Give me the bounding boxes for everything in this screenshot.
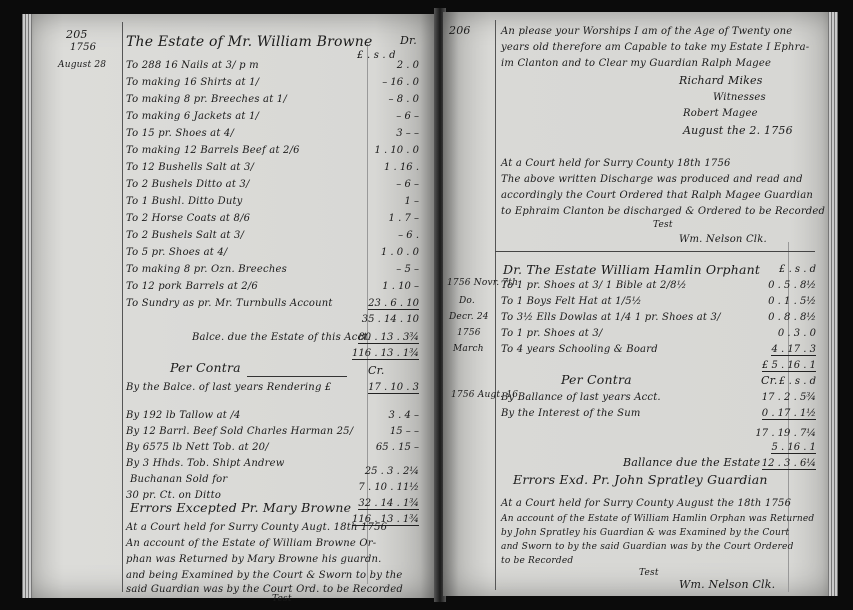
entry-text: To 12 Bushells Salt at 3/	[126, 162, 254, 173]
debit-marker: Dr.	[400, 34, 417, 47]
account-title: The Estate of Mr. William Browne	[126, 34, 373, 50]
entry-text: By Ballance of last years Acct.	[501, 392, 661, 403]
debit-total: 116 . 13 . 1¾	[352, 348, 419, 360]
account-title: Dr. The Estate William Hamlin Orphant	[503, 262, 760, 277]
margin-date-year: 1756	[70, 42, 96, 53]
entry-text: By 3 Hhds. Tob. Shipt Andrew	[126, 458, 284, 469]
page-edge-lines	[828, 12, 838, 596]
margin-rule	[122, 22, 123, 592]
entry-text: To 12 pork Barrels at 2/6	[126, 281, 258, 292]
entry-text: To 288 16 Nails at 3/ p m	[126, 60, 259, 71]
court-test: Test	[272, 594, 292, 604]
entry-text: To making 12 Barrels Beef at 2/6	[126, 145, 300, 156]
entry-text: To 2 Horse Coats at 8/6	[126, 213, 250, 224]
entry-text: To making 16 Shirts at 1/	[126, 77, 259, 88]
entry-text: To 1 pr. Shoes at 3/	[501, 328, 603, 339]
letter-line: years old therefore am Capable to take m…	[501, 42, 809, 53]
letter-line: im Clanton and to Clear my Guardian Ralp…	[501, 58, 771, 69]
court-record-line: phan was Returned by Mary Browne his gua…	[126, 554, 382, 565]
credit-subtotal: 32 . 14 . 1¾	[358, 498, 419, 510]
margin-date: Decr. 24	[449, 312, 489, 322]
court-record-line: and being Examined by the Court & Sworn …	[126, 570, 402, 581]
entry-amount: 1 . 10 –	[382, 281, 419, 292]
court-note-line: The above written Discharge was produced…	[501, 174, 803, 185]
right-page: 206 An please your Worships I am of the …	[443, 12, 838, 596]
entry-text: By the Interest of the Sum	[501, 408, 641, 419]
court-record-line: At a Court held for Surry County Augt. 1…	[126, 522, 387, 533]
credit-marker: Cr.	[761, 374, 778, 387]
court-record-line: An account of the Estate of William Brow…	[126, 538, 376, 549]
entry-text: To 1 pr. Shoes at 3/ 1 Bible at 2/8½	[501, 280, 687, 291]
debit-total: £ 5 . 16 . 1	[762, 360, 816, 372]
balance-amount: 12 . 3 . 6¼	[762, 458, 816, 470]
entry-amount: 1 . 10 . 0	[374, 145, 419, 156]
entry-text: To 2 Bushels Salt at 3/	[126, 230, 244, 241]
entry-text: To 4 years Schooling & Board	[501, 344, 658, 355]
balance-line-text: Balce. due the Estate of this Acct.	[192, 332, 371, 343]
entry-amount: 1 . 7 –	[389, 213, 419, 224]
entry-amount: 4 . 17 . 3	[771, 344, 816, 356]
credit-marker: Cr.	[368, 364, 385, 377]
currency-header: £ . s . d	[779, 264, 816, 275]
court-note-line: At a Court held for Surry County 18th 17…	[501, 158, 731, 169]
entry-amount: 1 . 0 . 0	[381, 247, 419, 258]
entry-text: To 1 Boys Felt Hat at 1/5½	[501, 296, 642, 307]
letter-line: An please your Worships I am of the Age …	[501, 26, 792, 37]
entry-text: To making 6 Jackets at 1/	[126, 111, 259, 122]
entry-amount: – 8 . 0	[389, 94, 419, 105]
entry-text: To 3½ Ells Dowlas at 1/4 1 pr. Shoes at …	[501, 312, 721, 323]
entry-text: By 6575 lb Nett Tob. at 20/	[126, 442, 269, 453]
entry-amount: 23 . 6 . 10	[368, 298, 419, 310]
margin-date-day: August 28	[58, 60, 106, 70]
debit-subtotal: 35 . 14 . 10	[362, 314, 419, 325]
entry-amount: 25 . 3 . 2¼	[365, 466, 419, 477]
credit-currency: £ . s . d	[779, 376, 816, 387]
court-note-line: to Ephraim Clanton be discharged & Order…	[501, 206, 825, 217]
entry-amount: – 5 –	[396, 264, 419, 275]
less-debit: 5 . 16 . 1	[771, 442, 816, 454]
entry-amount: 17 . 10 . 3	[368, 382, 419, 394]
entry-text: By 12 Barrl. Beef Sold Charles Harman 25…	[126, 426, 353, 437]
currency-header: £ . s . d	[357, 50, 396, 61]
balance-line-amount: 80 . 13 . 3¾	[358, 332, 419, 344]
margin-date: Do.	[459, 296, 475, 306]
court-record-line: At a Court held for Surry County August …	[501, 498, 791, 509]
entry-text: To making 8 pr. Ozn. Breeches	[126, 264, 287, 275]
entry-text: Buchanan Sold for	[130, 474, 227, 485]
entry-amount: 7 . 10 . 11½	[358, 482, 419, 493]
entry-amount: – 6 –	[396, 179, 419, 190]
page-number: 205	[66, 28, 88, 41]
credit-header-rule	[247, 376, 347, 377]
court-note-line: accordingly the Court Ordered that Ralph…	[501, 190, 813, 201]
entry-amount: 65 . 15 –	[376, 442, 419, 453]
entry-amount: 0 . 5 . 8½	[768, 280, 816, 291]
entry-amount: 0 . 3 . 0	[778, 328, 816, 339]
entry-amount: 3 – –	[396, 128, 419, 139]
entry-amount: 1 –	[404, 196, 419, 207]
entry-amount: 2 . 0	[397, 60, 419, 71]
entry-text: To 1 Bushl. Ditto Duty	[126, 196, 243, 207]
margin-rule	[495, 20, 496, 590]
witness-label: Witnesses	[713, 92, 766, 103]
credit-header: Per Contra	[561, 372, 632, 387]
court-note-test: Test	[653, 220, 673, 230]
entry-amount: 0 . 17 . 1½	[762, 408, 816, 420]
discharge-date: August the 2. 1756	[683, 124, 793, 137]
page-number: 206	[449, 24, 471, 37]
entry-text: To 2 Bushels Ditto at 3/	[126, 179, 250, 190]
entry-amount: 15 – –	[390, 426, 419, 437]
entry-amount: 0 . 8 . 8½	[768, 312, 816, 323]
page-edge-lines	[22, 14, 32, 598]
errors-excepted-line: Errors Exd. Pr. John Spratley Guardian	[513, 472, 768, 487]
entry-amount: – 6 .	[398, 230, 419, 241]
margin-date: 1756	[457, 328, 481, 338]
discharge-signature: Richard Mikes	[679, 74, 763, 87]
court-test: Test	[639, 568, 659, 578]
left-page: 205 1756 August 28 The Estate of Mr. Wil…	[22, 14, 437, 598]
entry-amount: 0 . 1 . 5½	[768, 296, 816, 307]
court-record-line: An account of the Estate of William Haml…	[501, 514, 814, 524]
margin-date: March	[453, 344, 484, 354]
ledger-scan: 205 1756 August 28 The Estate of Mr. Wil…	[0, 0, 853, 610]
credit-sum: 17 . 19 . 7¼	[755, 428, 816, 439]
entry-text: To 5 pr. Shoes at 4/	[126, 247, 228, 258]
entry-amount: – 6 –	[396, 111, 419, 122]
court-record-line: and Sworn to by the said Guardian was by…	[501, 542, 794, 552]
court-clerk: Wm. Nelson Clk.	[679, 578, 775, 591]
errors-excepted-line: Errors Excepted Pr. Mary Browne	[130, 500, 351, 515]
court-record-line: said Guardian was by the Court Ord. to b…	[126, 584, 403, 595]
entry-amount: 17 . 2 . 5¾	[762, 392, 816, 403]
entry-text: By 192 lb Tallow at /4	[126, 410, 241, 421]
witness-name: Robert Magee	[683, 108, 758, 119]
entry-text: By the Balce. of last years Rendering £	[126, 382, 332, 393]
entry-text: To Sundry as pr. Mr. Turnbulls Account	[126, 298, 333, 309]
entry-text: To 15 pr. Shoes at 4/	[126, 128, 234, 139]
credit-header: Per Contra	[170, 360, 241, 375]
entry-amount: 3 . 4 –	[389, 410, 419, 421]
court-note-clerk: Wm. Nelson Clk.	[679, 234, 767, 245]
section-divider	[495, 251, 815, 252]
entry-amount: 1 . 16 .	[384, 162, 419, 173]
entry-amount: – 16 . 0	[382, 77, 419, 88]
balance-label: Ballance due the Estate	[623, 456, 760, 469]
court-record-line: to be Recorded	[501, 556, 573, 566]
court-record-line: by John Spratley his Guardian & was Exam…	[501, 528, 789, 538]
entry-text: To making 8 pr. Breeches at 1/	[126, 94, 287, 105]
